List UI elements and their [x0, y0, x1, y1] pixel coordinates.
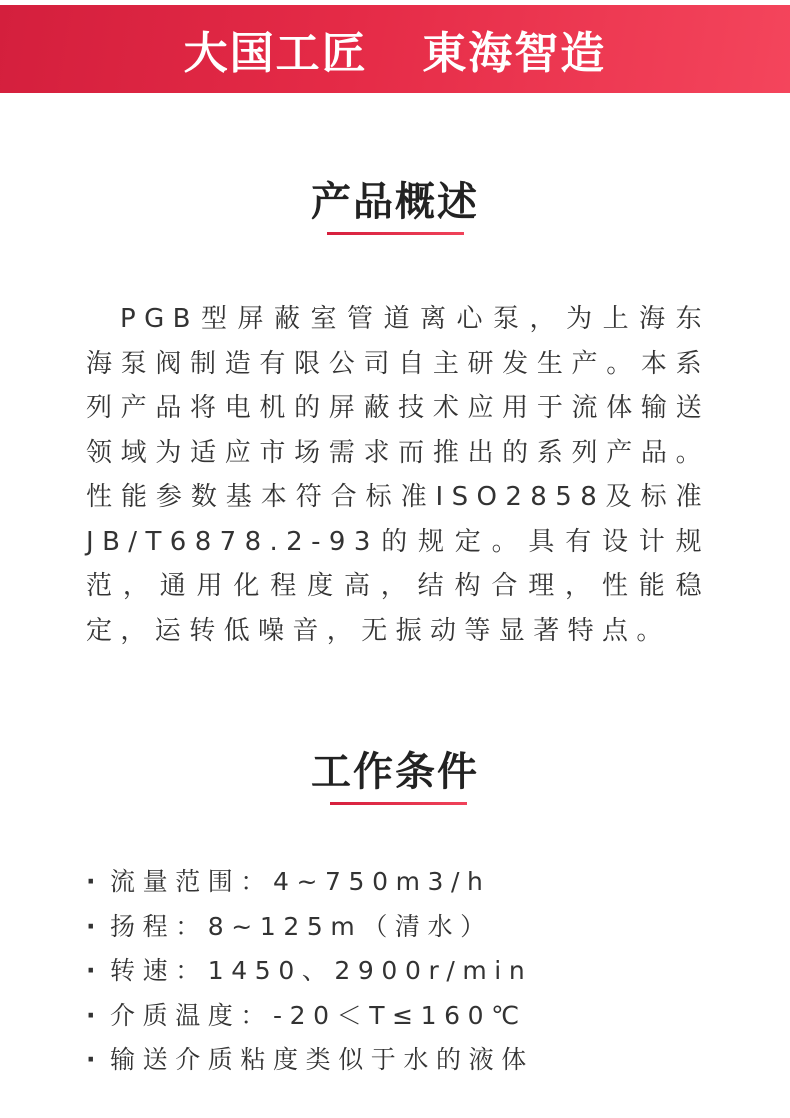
conditions-heading-underline — [330, 802, 467, 805]
conditions-heading: 工作条件 — [0, 740, 790, 797]
banner-slogan: 大国工匠 東海智造 — [184, 17, 607, 81]
conditions-list: · 流量范围：4~750m3/h · 扬程：8~125m（清水） · 转速：14… — [86, 860, 534, 1083]
bullet-dot-icon: · — [86, 1038, 110, 1083]
overview-heading-underline — [327, 232, 464, 235]
bullet-dot-icon: · — [86, 949, 110, 994]
bullet-dot-icon: · — [86, 905, 110, 950]
bullet-dot-icon: · — [86, 994, 110, 1039]
condition-flow-range: · 流量范围：4~750m3/h — [86, 860, 534, 905]
condition-temperature: · 介质温度：-20＜T≤160℃ — [86, 994, 534, 1039]
condition-text: 介质温度：-20＜T≤160℃ — [110, 994, 527, 1039]
condition-head: · 扬程：8~125m（清水） — [86, 905, 534, 950]
overview-description: PGB型屏蔽室管道离心泵，为上海东海泵阀制造有限公司自主研发生产。本系列产品将电… — [86, 297, 710, 653]
condition-text: 转速：1450、2900r/min — [110, 949, 532, 994]
overview-heading: 产品概述 — [0, 170, 790, 227]
condition-text: 流量范围：4~750m3/h — [110, 860, 491, 905]
bullet-dot-icon: · — [86, 860, 110, 905]
condition-text: 扬程：8~125m（清水） — [110, 905, 493, 950]
brand-banner: 大国工匠 東海智造 — [0, 5, 790, 93]
condition-text: 输送介质粘度类似于水的液体 — [110, 1038, 534, 1083]
condition-speed: · 转速：1450、2900r/min — [86, 949, 534, 994]
condition-medium: · 输送介质粘度类似于水的液体 — [86, 1038, 534, 1083]
